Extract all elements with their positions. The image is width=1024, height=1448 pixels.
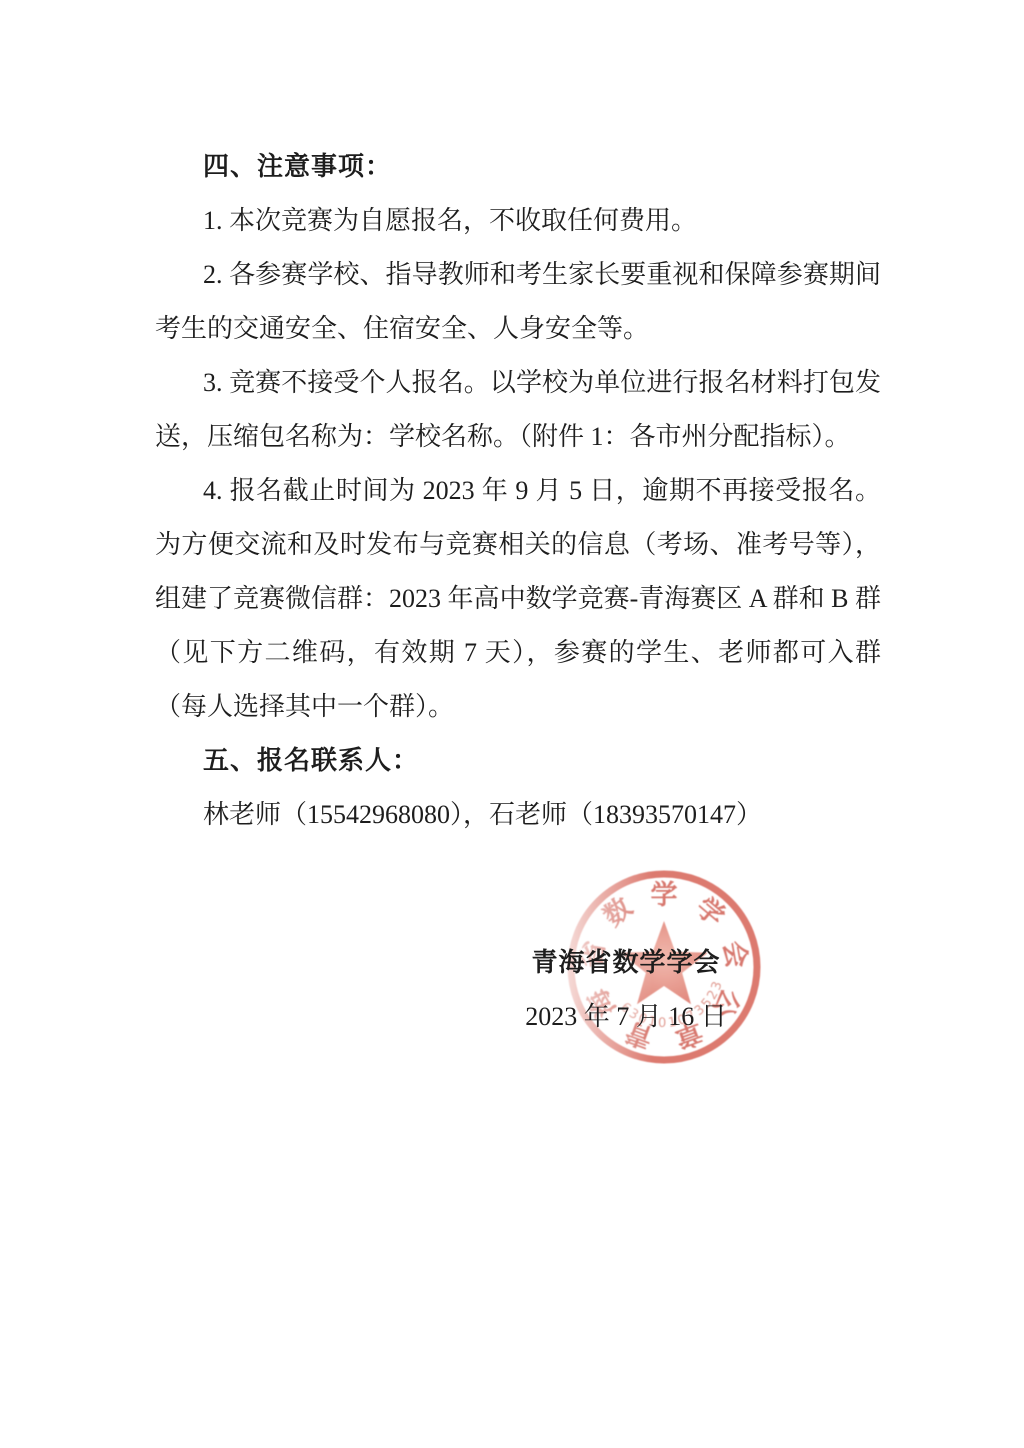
document-page: 四、注意事项： 1. 本次竞赛为自愿报名，不收取任何费用。 2. 各参赛学校、指… [0,0,1024,1448]
section-heading-contacts: 五、报名联系人： [155,734,881,788]
contact-line: 林老师（15542968080），石老师（18393570147） [155,788,881,842]
document-body: 四、注意事项： 1. 本次竞赛为自愿报名，不收取任何费用。 2. 各参赛学校、指… [155,140,881,842]
notice-item-3: 3. 竞赛不接受个人报名。以学校为单位进行报名材料打包发送，压缩包名称为：学校名… [155,356,881,464]
notice-item-4: 4. 报名截止时间为 2023 年 9 月 5 日，逾期不再接受报名。为方便交流… [155,464,881,734]
signature-block: 青海省数学学会 2023 年 7 月 16 日 [525,936,727,1044]
notice-item-2: 2. 各参赛学校、指导教师和考生家长要重视和保障参赛期间考生的交通安全、住宿安全… [155,248,881,356]
signature-organization: 青海省数学学会 [525,936,727,990]
signature-date: 2023 年 7 月 16 日 [525,990,727,1044]
notice-item-1: 1. 本次竞赛为自愿报名，不收取任何费用。 [155,194,881,248]
section-heading-notes: 四、注意事项： [155,140,881,194]
